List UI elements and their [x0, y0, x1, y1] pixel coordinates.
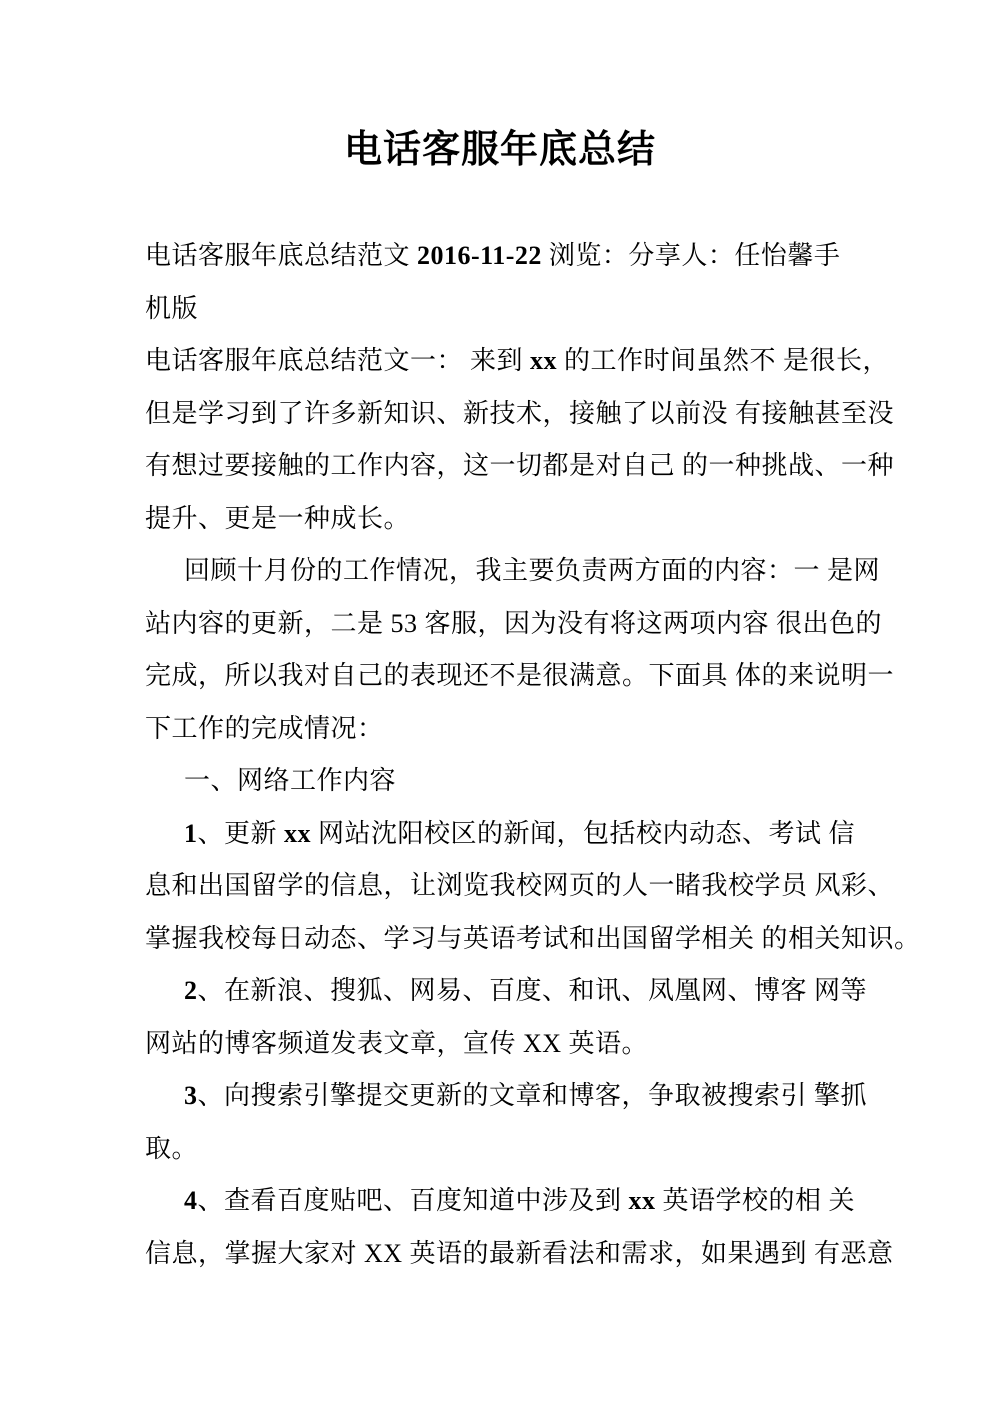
text-run: 浏览：分享人：任怡馨手: [542, 241, 841, 270]
paragraph-line: 电话客服年底总结范文 2016-11-22 浏览：分享人：任怡馨手: [145, 230, 890, 283]
text-run: 掌握我校每日动态、学习与英语考试和出国留学相关 的相关知识。: [145, 924, 921, 953]
paragraph-line: 3、向搜索引擎提交更新的文章和博客，争取被搜索引 擎抓: [145, 1070, 890, 1123]
paragraph-line: 一、网络工作内容: [145, 755, 890, 808]
text-run: 站内容的更新，二是 53 客服，因为没有将这两项内容 很出色的: [145, 609, 882, 638]
text-run: 提升、更是一种成长。: [145, 504, 410, 533]
text-run: 4: [184, 1186, 198, 1215]
document-content: 电话客服年底总结范文 2016-11-22 浏览：分享人：任怡馨手机版电话客服年…: [145, 230, 890, 1280]
text-run: 、更新: [198, 819, 285, 848]
text-run: 有想过要接触的工作内容，这一切都是对自己 的一种挑战、一种: [145, 451, 894, 480]
paragraph-line: 掌握我校每日动态、学习与英语考试和出国留学相关 的相关知识。: [145, 913, 890, 966]
paragraph-line: 机版: [145, 283, 890, 336]
text-run: 电话客服年底总结范文一： 来到: [145, 346, 530, 375]
text-run: 一、网络工作内容: [184, 766, 396, 795]
text-run: 2016-11-22: [417, 241, 542, 270]
text-run: 3: [184, 1081, 198, 1110]
paragraph-line: 站内容的更新，二是 53 客服，因为没有将这两项内容 很出色的: [145, 598, 890, 651]
paragraph-line: 网站的博客频道发表文章，宣传 XX 英语。: [145, 1018, 890, 1071]
text-run: 、向搜索引擎提交更新的文章和博客，争取被搜索引 擎抓: [198, 1081, 868, 1110]
paragraph-line: 提升、更是一种成长。: [145, 493, 890, 546]
text-run: 完成，所以我对自己的表现还不是很满意。下面具 体的来说明一: [145, 661, 894, 690]
paragraph-line: 回顾十月份的工作情况，我主要负责两方面的内容：一 是网: [145, 545, 890, 598]
text-run: 回顾十月份的工作情况，我主要负责两方面的内容：一 是网: [184, 556, 880, 585]
text-run: 1: [184, 819, 198, 848]
document-title: 电话客服年底总结: [0, 122, 1000, 178]
text-run: 息和出国留学的信息，让浏览我校网页的人一睹我校学员 风彩、: [145, 871, 894, 900]
text-run: 电话客服年底总结范文: [145, 241, 417, 270]
text-run: xx: [629, 1186, 656, 1215]
paragraph-line: 完成，所以我对自己的表现还不是很满意。下面具 体的来说明一: [145, 650, 890, 703]
paragraph-line: 有想过要接触的工作内容，这一切都是对自己 的一种挑战、一种: [145, 440, 890, 493]
paragraph-line: 信息，掌握大家对 XX 英语的最新看法和需求，如果遇到 有恶意: [145, 1228, 890, 1281]
text-run: 信息，掌握大家对 XX 英语的最新看法和需求，如果遇到 有恶意: [145, 1239, 894, 1268]
paragraph-line: 1、更新 xx 网站沈阳校区的新闻，包括校内动态、考试 信: [145, 808, 890, 861]
text-run: 机版: [145, 294, 198, 323]
paragraph-line: 4、查看百度贴吧、百度知道中涉及到 xx 英语学校的相 关: [145, 1175, 890, 1228]
text-run: 、在新浪、搜狐、网易、百度、和讯、凤凰网、博客 网等: [198, 976, 868, 1005]
text-run: xx: [284, 819, 311, 848]
text-run: xx: [530, 346, 557, 375]
text-run: 取。: [145, 1134, 198, 1163]
document-page: 电话客服年底总结 电话客服年底总结范文 2016-11-22 浏览：分享人：任怡…: [0, 0, 1000, 1415]
paragraph-line: 下工作的完成情况：: [145, 703, 890, 756]
paragraph-line: 取。: [145, 1123, 890, 1176]
text-run: 但是学习到了许多新知识、新技术，接触了以前没 有接触甚至没: [145, 399, 894, 428]
text-run: 英语学校的相 关: [656, 1186, 856, 1215]
text-run: 2: [184, 976, 198, 1005]
paragraph-line: 电话客服年底总结范文一： 来到 xx 的工作时间虽然不 是很长，: [145, 335, 890, 388]
text-run: 网站沈阳校区的新闻，包括校内动态、考试 信: [311, 819, 855, 848]
paragraph-line: 但是学习到了许多新知识、新技术，接触了以前没 有接触甚至没: [145, 388, 890, 441]
text-run: 下工作的完成情况：: [145, 714, 384, 743]
paragraph-line: 息和出国留学的信息，让浏览我校网页的人一睹我校学员 风彩、: [145, 860, 890, 913]
text-run: 的工作时间虽然不 是很长，: [557, 346, 889, 375]
text-run: 、查看百度贴吧、百度知道中涉及到: [198, 1186, 629, 1215]
text-run: 网站的博客频道发表文章，宣传 XX 英语。: [145, 1029, 648, 1058]
paragraph-line: 2、在新浪、搜狐、网易、百度、和讯、凤凰网、博客 网等: [145, 965, 890, 1018]
